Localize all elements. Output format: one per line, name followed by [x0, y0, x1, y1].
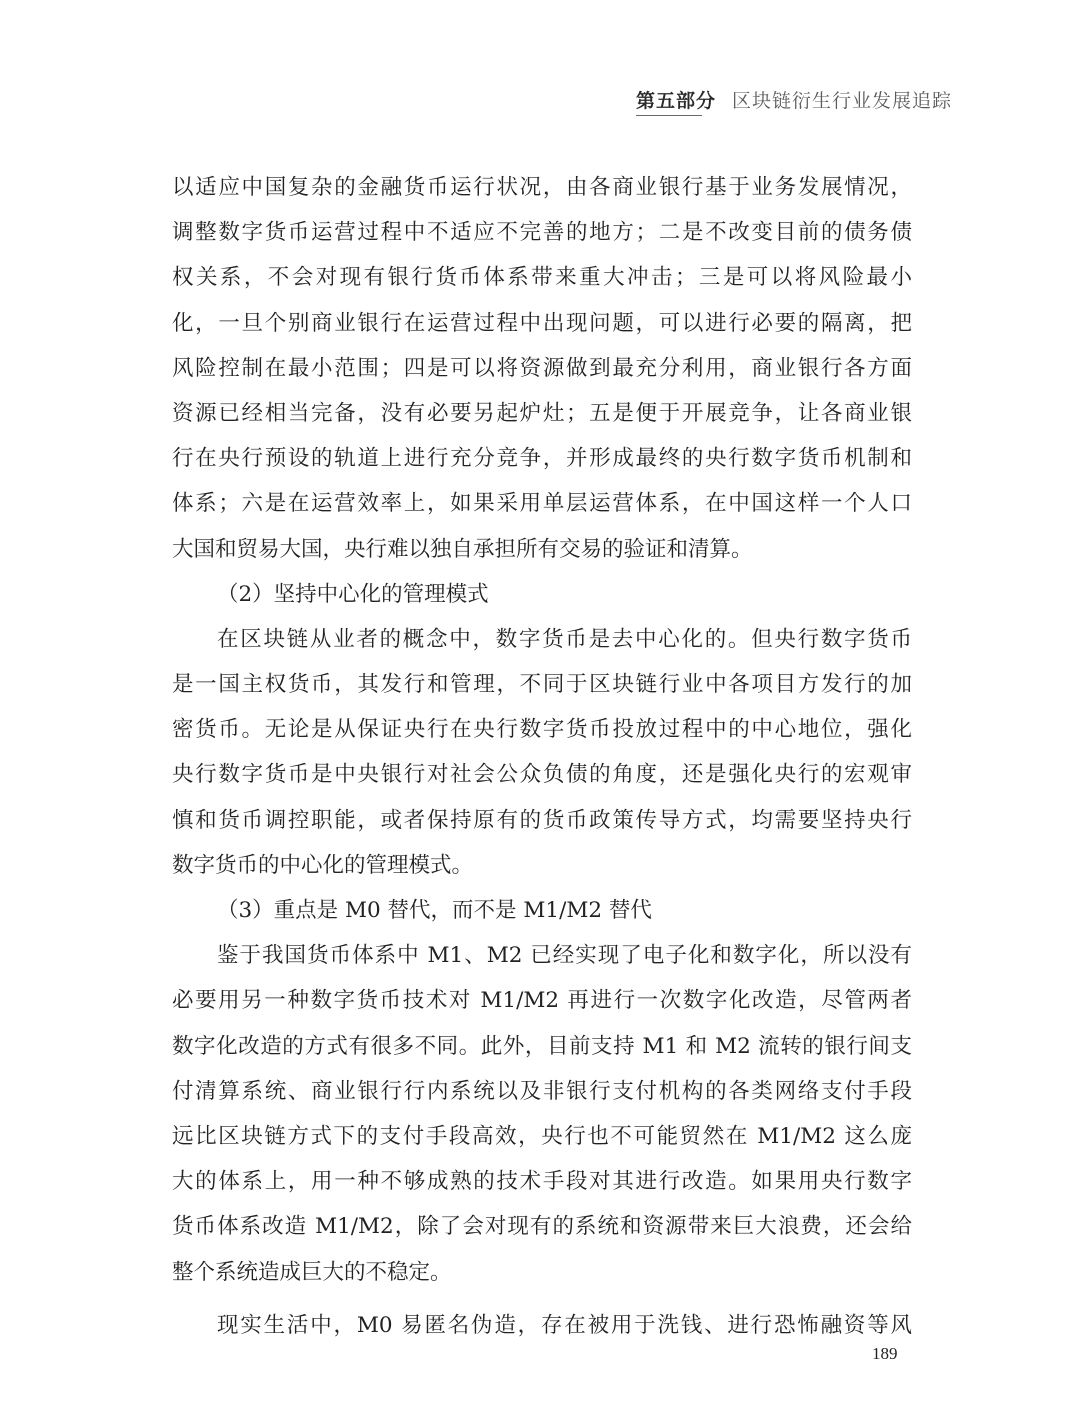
body-line: 资源已经相当完备，没有必要另起炉灶；五是便于开展竞争，让各商业银: [172, 391, 912, 436]
body-line: 体系；六是在运营效率上，如果采用单层运营体系，在中国这样一个人口: [172, 481, 912, 526]
body-line: 大的体系上，用一种不够成熟的技术手段对其进行改造。如果用央行数字: [172, 1159, 912, 1204]
body-line: 央行数字货币是中央银行对社会公众负债的角度，还是强化央行的宏观审: [172, 752, 912, 797]
body-line: 付清算系统、商业银行行内系统以及非银行支付机构的各类网络支付手段: [172, 1069, 912, 1114]
body-line: 是一国主权货币，其发行和管理，不同于区块链行业中各项目方发行的加: [172, 662, 912, 707]
running-header: 第五部分 区块链衍生行业发展追踪: [636, 84, 952, 114]
body-line: 数字货币的中心化的管理模式。: [172, 843, 912, 888]
header-section-title: 区块链衍生行业发展追踪: [732, 86, 952, 113]
section-heading-2: （2）坚持中心化的管理模式: [172, 572, 912, 617]
header-part-label: 第五部分: [636, 86, 716, 113]
body-line: 风险控制在最小范围；四是可以将资源做到最充分利用，商业银行各方面: [172, 346, 912, 391]
header-rule: [636, 115, 702, 116]
paragraph-first-line: 在区块链从业者的概念中，数字货币是去中心化的。但央行数字货币: [172, 617, 912, 662]
body-line: 调整数字货币运营过程中不适应不完善的地方；二是不改变目前的债务债: [172, 210, 912, 255]
body-line: 密货币。无论是从保证央行在央行数字货币投放过程中的中心地位，强化: [172, 707, 912, 752]
body-line: 货币体系改造 M1/M2，除了会对现有的系统和资源带来巨大浪费，还会给: [172, 1204, 912, 1249]
body-line: 必要用另一种数字货币技术对 M1/M2 再进行一次数字化改造，尽管两者: [172, 978, 912, 1023]
page-body: 以适应中国复杂的金融货币运行状况，由各商业银行基于业务发展情况， 调整数字货币运…: [172, 165, 912, 1348]
page-number: 189: [872, 1344, 898, 1364]
body-line: 数字化改造的方式有很多不同。此外，目前支持 M1 和 M2 流转的银行间支: [172, 1024, 912, 1069]
body-line: 化，一旦个别商业银行在运营过程中出现问题，可以进行必要的隔离，把: [172, 301, 912, 346]
body-line: 行在央行预设的轨道上进行充分竞争，并形成最终的央行数字货币机制和: [172, 436, 912, 481]
paragraph-first-line: 现实生活中，M0 易匿名伪造，存在被用于洗钱、进行恐怖融资等风: [172, 1303, 912, 1348]
body-line: 整个系统造成巨大的不稳定。: [172, 1250, 912, 1295]
body-line: 以适应中国复杂的金融货币运行状况，由各商业银行基于业务发展情况，: [172, 165, 912, 210]
body-line: 权关系，不会对现有银行货币体系带来重大冲击；三是可以将风险最小: [172, 255, 912, 300]
body-line: 大国和贸易大国，央行难以独自承担所有交易的验证和清算。: [172, 527, 912, 572]
body-line: 慎和货币调控职能，或者保持原有的货币政策传导方式，均需要坚持央行: [172, 798, 912, 843]
paragraph-first-line: 鉴于我国货币体系中 M1、M2 已经实现了电子化和数字化，所以没有: [172, 933, 912, 978]
section-heading-3: （3）重点是 M0 替代，而不是 M1/M2 替代: [172, 888, 912, 933]
paragraph-gap: [172, 1295, 912, 1303]
body-line: 远比区块链方式下的支付手段高效，央行也不可能贸然在 M1/M2 这么庞: [172, 1114, 912, 1159]
